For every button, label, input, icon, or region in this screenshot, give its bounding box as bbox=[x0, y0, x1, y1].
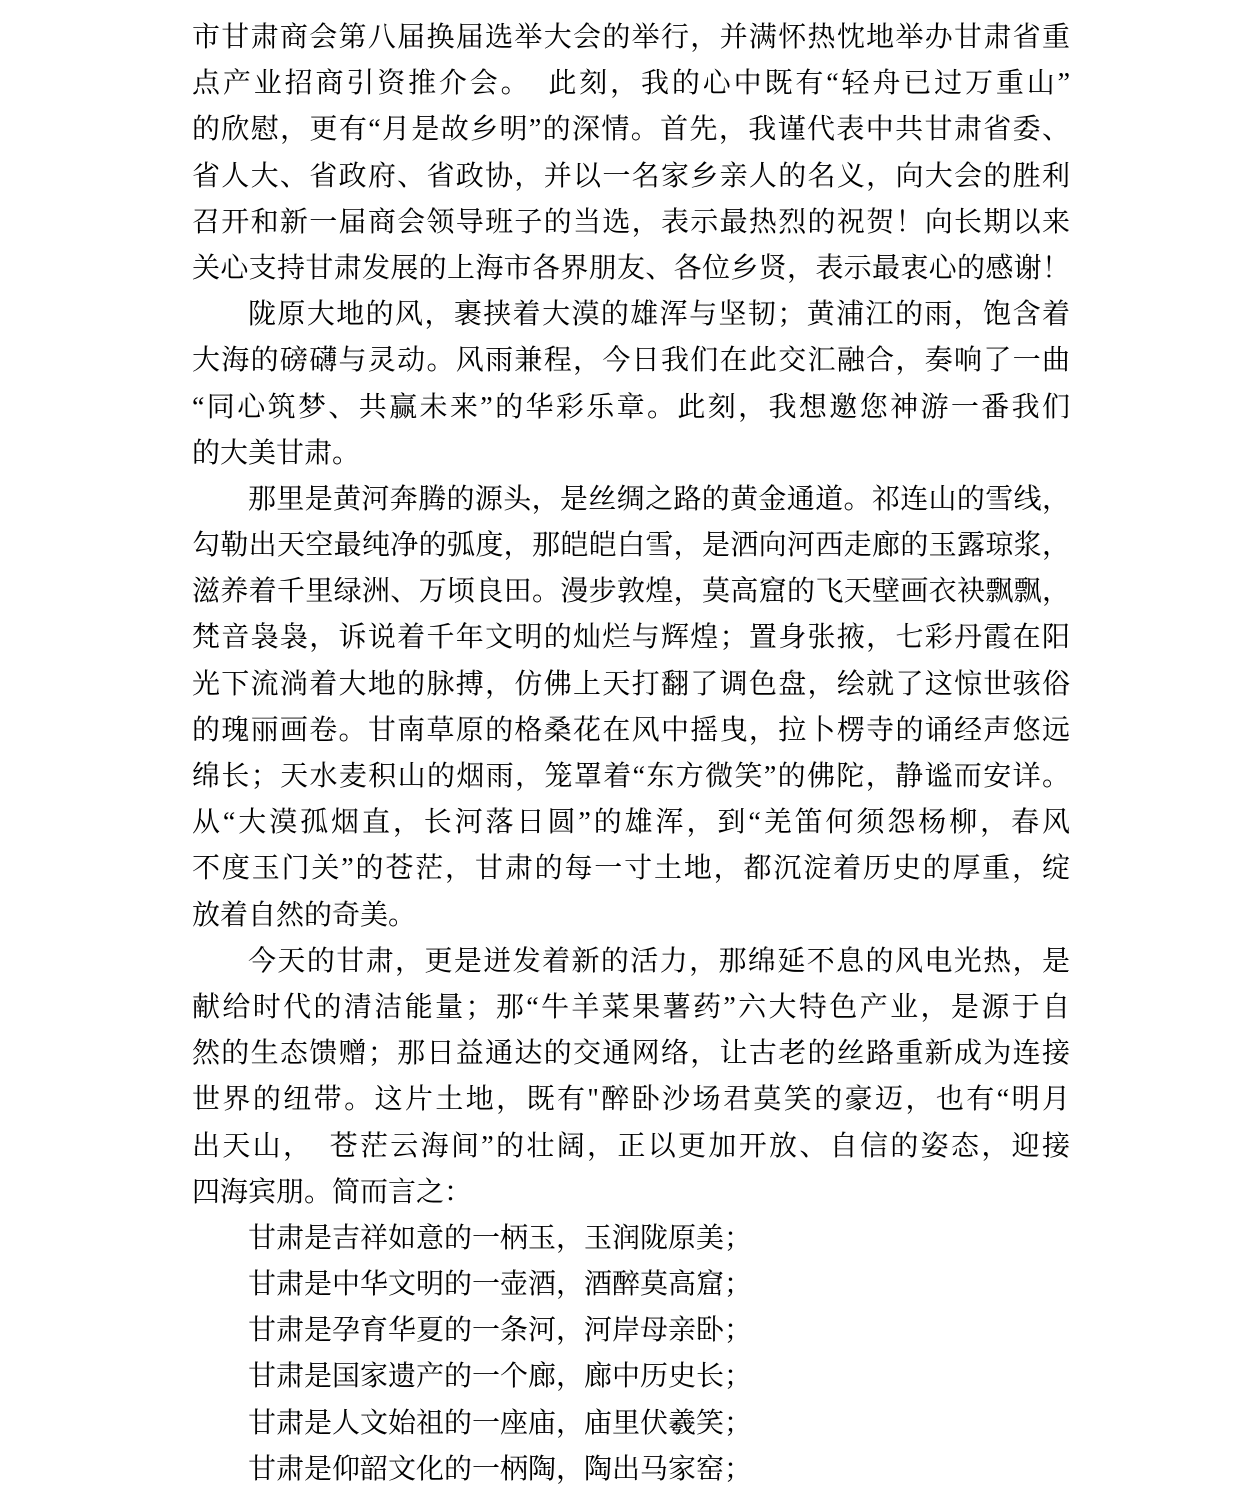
text-line: “同心筑梦、共赢未来”的华彩乐章。此刻，我想邀您神游一番我们 bbox=[192, 385, 1070, 431]
text-line: 四海宾朋。简而言之： bbox=[192, 1170, 1070, 1216]
text-line: 滋养着千里绿洲、万顷良田。漫步敦煌，莫高窟的飞天壁画衣袂飘飘， bbox=[192, 569, 1070, 615]
text-line: 的欣慰，更有“月是故乡明”的深情。首先，我谨代表中共甘肃省委、 bbox=[192, 107, 1070, 153]
text-line: 甘肃是国家遗产的一个廊，廊中历史长； bbox=[192, 1354, 1070, 1400]
text-line: 不度玉门关”的苍茫，甘肃的每一寸土地，都沉淀着历史的厚重，绽 bbox=[192, 846, 1070, 892]
text-line: 献给时代的清洁能量；那“牛羊菜果薯药”六大特色产业，是源于自 bbox=[192, 985, 1070, 1031]
text-line: 放着自然的奇美。 bbox=[192, 893, 1070, 939]
text-line: 从“大漠孤烟直，长河落日圆”的雄浑，到“羌笛何须怨杨柳，春风 bbox=[192, 800, 1070, 846]
text-line: 大海的磅礴与灵动。风雨兼程，今日我们在此交汇融合，奏响了一曲 bbox=[192, 338, 1070, 384]
text-line: 光下流淌着大地的脉搏，仿佛上天打翻了调色盘，绘就了这惊世骇俗 bbox=[192, 662, 1070, 708]
text-line: 甘肃是人文始祖的一座庙，庙里伏羲笑； bbox=[192, 1401, 1070, 1447]
document-page: 市甘肃商会第八届换届选举大会的举行，并满怀热忱地举办甘肃省重点产业招商引资推介会… bbox=[0, 0, 1260, 1504]
text-line: 然的生态馈赠；那日益通达的交通网络，让古老的丝路重新成为连接 bbox=[192, 1031, 1070, 1077]
text-line: 梵音袅袅，诉说着千年文明的灿烂与辉煌；置身张掖，七彩丹霞在阳 bbox=[192, 615, 1070, 661]
text-line: 世界的纽带。这片土地，既有"醉卧沙场君莫笑的豪迈，也有“明月 bbox=[192, 1077, 1070, 1123]
text-line: 那里是黄河奔腾的源头，是丝绸之路的黄金通道。祁连山的雪线， bbox=[192, 477, 1070, 523]
text-line: 省人大、省政府、省政协，并以一名家乡亲人的名义，向大会的胜利 bbox=[192, 154, 1070, 200]
text-line: 市甘肃商会第八届换届选举大会的举行，并满怀热忱地举办甘肃省重 bbox=[192, 15, 1070, 61]
document-body: 市甘肃商会第八届换届选举大会的举行，并满怀热忱地举办甘肃省重点产业招商引资推介会… bbox=[192, 15, 1070, 1493]
text-line: 的大美甘肃。 bbox=[192, 431, 1070, 477]
text-line: 关心支持甘肃发展的上海市各界朋友、各位乡贤，表示最衷心的感谢！ bbox=[192, 246, 1070, 292]
text-line: 甘肃是中华文明的一壶酒，酒醉莫高窟； bbox=[192, 1262, 1070, 1308]
text-line: 陇原大地的风，裹挟着大漠的雄浑与坚韧；黄浦江的雨，饱含着 bbox=[192, 292, 1070, 338]
text-line: 出天山， 苍茫云海间”的壮阔，正以更加开放、自信的姿态，迎接 bbox=[192, 1124, 1070, 1170]
text-line: 甘肃是吉祥如意的一柄玉，玉润陇原美； bbox=[192, 1216, 1070, 1262]
text-line: 点产业招商引资推介会。 此刻，我的心中既有“轻舟已过万重山” bbox=[192, 61, 1070, 107]
text-line: 绵长；天水麦积山的烟雨，笼罩着“东方微笑”的佛陀，静谧而安详。 bbox=[192, 754, 1070, 800]
text-line: 的瑰丽画卷。甘南草原的格桑花在风中摇曳，拉卜楞寺的诵经声悠远 bbox=[192, 708, 1070, 754]
text-line: 今天的甘肃，更是迸发着新的活力，那绵延不息的风电光热，是 bbox=[192, 939, 1070, 985]
text-line: 甘肃是仰韶文化的一柄陶，陶出马家窑； bbox=[192, 1447, 1070, 1493]
text-line: 勾勒出天空最纯净的弧度，那皑皑白雪，是洒向河西走廊的玉露琼浆， bbox=[192, 523, 1070, 569]
text-line: 甘肃是孕育华夏的一条河，河岸母亲卧； bbox=[192, 1308, 1070, 1354]
text-line: 召开和新一届商会领导班子的当选，表示最热烈的祝贺！向长期以来 bbox=[192, 200, 1070, 246]
